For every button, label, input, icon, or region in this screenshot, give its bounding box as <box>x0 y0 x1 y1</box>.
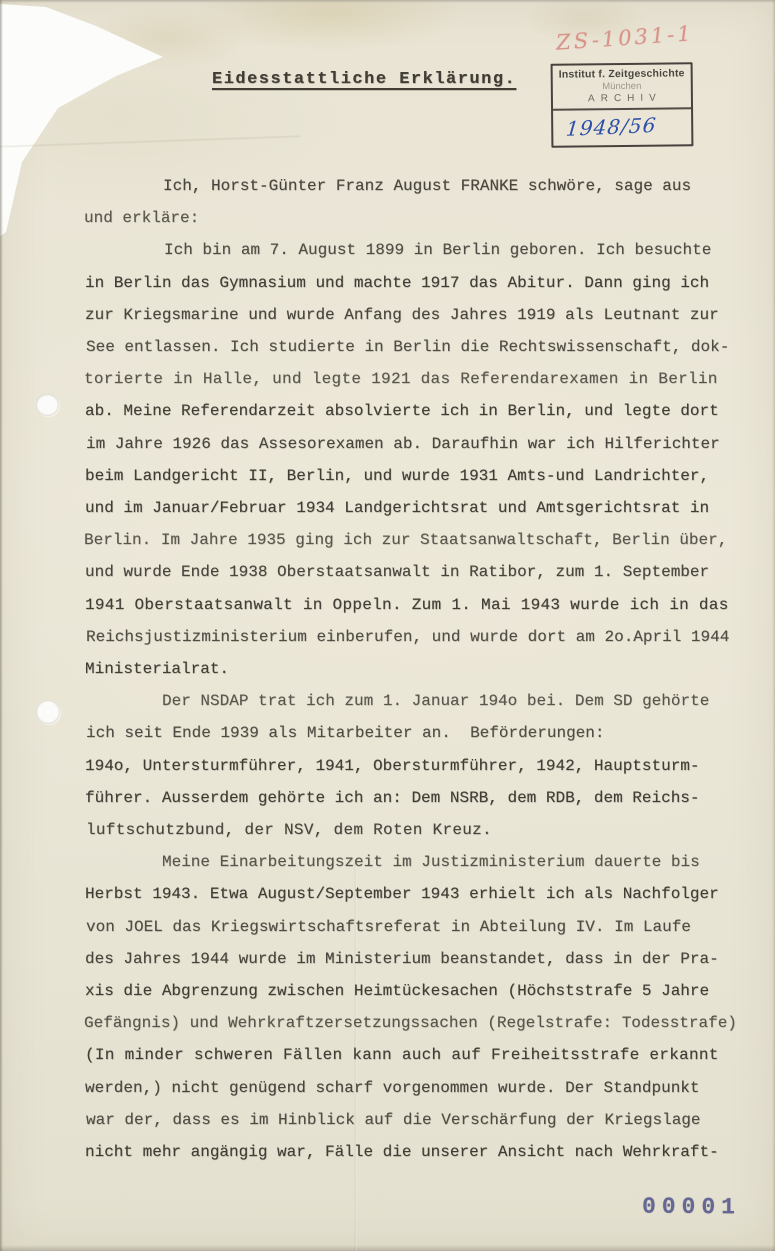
page-number-stamp: 00001 <box>642 1194 741 1221</box>
text-line: war der, dass es im Hinblick auf die Ver… <box>86 1104 754 1136</box>
scan-edge-bottom <box>0 1245 775 1251</box>
document-page: ZS-1031-1 Institut f. Zeitgeschichte Mün… <box>0 0 775 1251</box>
stamp-institute-label: Institut f. Zeitgeschichte <box>553 67 691 80</box>
text-line: und erkläre: <box>84 202 752 234</box>
text-line: xis die Abgrenzung zwischen Heimtückesac… <box>85 975 753 1007</box>
text-line: Meine Einarbeitungszeit im Justizministe… <box>84 846 752 878</box>
archive-stamp-number-row: 1948/56 <box>553 109 691 143</box>
text-line: Ich, Horst-Günter Franz August FRANKE sc… <box>85 170 753 202</box>
text-line: torierte in Halle, und legte 1921 das Re… <box>84 363 752 395</box>
text-line: von JOEL das Kriegswirtschaftsreferat in… <box>86 911 754 943</box>
paper-crease-horizontal <box>0 135 300 148</box>
stamp-archiv-label: ARCHIV <box>553 92 691 104</box>
text-line: See entlassen. Ich studierte in Berlin d… <box>86 331 754 363</box>
text-line: des Jahres 1944 wurde im Ministerium bea… <box>85 943 753 975</box>
text-line: Ich bin am 7. August 1899 in Berlin gebo… <box>86 234 754 266</box>
text-line: Der NSDAP trat ich zum 1. Januar 194o be… <box>84 685 752 717</box>
punch-hole <box>36 700 60 724</box>
punch-hole <box>36 394 59 416</box>
text-line: Berlin. Im Jahre 1935 ging ich zur Staat… <box>84 524 752 556</box>
document-body: Ich, Horst-Günter Franz August FRANKE sc… <box>85 170 753 1168</box>
text-line: Herbst 1943. Etwa August/September 1943 … <box>85 878 753 910</box>
text-line: 194o, Untersturmführer, 1941, Obersturmf… <box>85 750 753 782</box>
document-title: Eidesstattliche Erklärung. <box>212 70 516 89</box>
text-line: beim Landgericht II, Berlin, und wurde 1… <box>85 460 753 492</box>
text-line: werden,) nicht genügend scharf vorgenomm… <box>85 1072 753 1104</box>
archive-stamp-header: Institut f. Zeitgeschichte München ARCHI… <box>553 64 691 110</box>
text-line: luftschutzbund, der NSV, dem Roten Kreuz… <box>86 814 754 846</box>
text-line: zur Kriegsmarine und wurde Anfang des Ja… <box>85 299 753 331</box>
text-line: (In minder schweren Fällen kann auch auf… <box>85 1039 753 1071</box>
text-line: 1941 Oberstaatsanwalt in Oppeln. Zum 1. … <box>85 589 753 621</box>
text-line: führer. Ausserdem gehörte ich an: Dem NS… <box>85 782 753 814</box>
archive-reference-handwritten: ZS-1031-1 <box>555 21 694 55</box>
text-line: und im Januar/Februar 1934 Landgerichtsr… <box>85 492 753 524</box>
archive-stamp: Institut f. Zeitgeschichte München ARCHI… <box>551 62 694 147</box>
text-line: ich seit Ende 1939 als Mitarbeiter an. B… <box>86 717 754 749</box>
text-line: ab. Meine Referendarzeit absolvierte ich… <box>85 395 753 427</box>
text-line: Gefängnis) und Wehrkraftzersetzungssache… <box>84 1007 752 1039</box>
text-line: und wurde Ende 1938 Oberstaatsanwalt in … <box>85 556 753 588</box>
text-line: Reichsjustizministerium einberufen, und … <box>86 621 754 653</box>
stamp-city-label: München <box>553 80 691 92</box>
text-line: im Jahre 1926 das Assesorexamen ab. Dara… <box>86 428 754 460</box>
scan-edge-top <box>0 0 775 3</box>
stamp-accession-number: 1948/56 <box>552 112 658 141</box>
text-line: Ministerialrat. <box>85 653 753 685</box>
text-line: nicht mehr angängig war, Fälle die unser… <box>85 1136 753 1168</box>
text-line: in Berlin das Gymnasium und machte 1917 … <box>85 267 753 299</box>
